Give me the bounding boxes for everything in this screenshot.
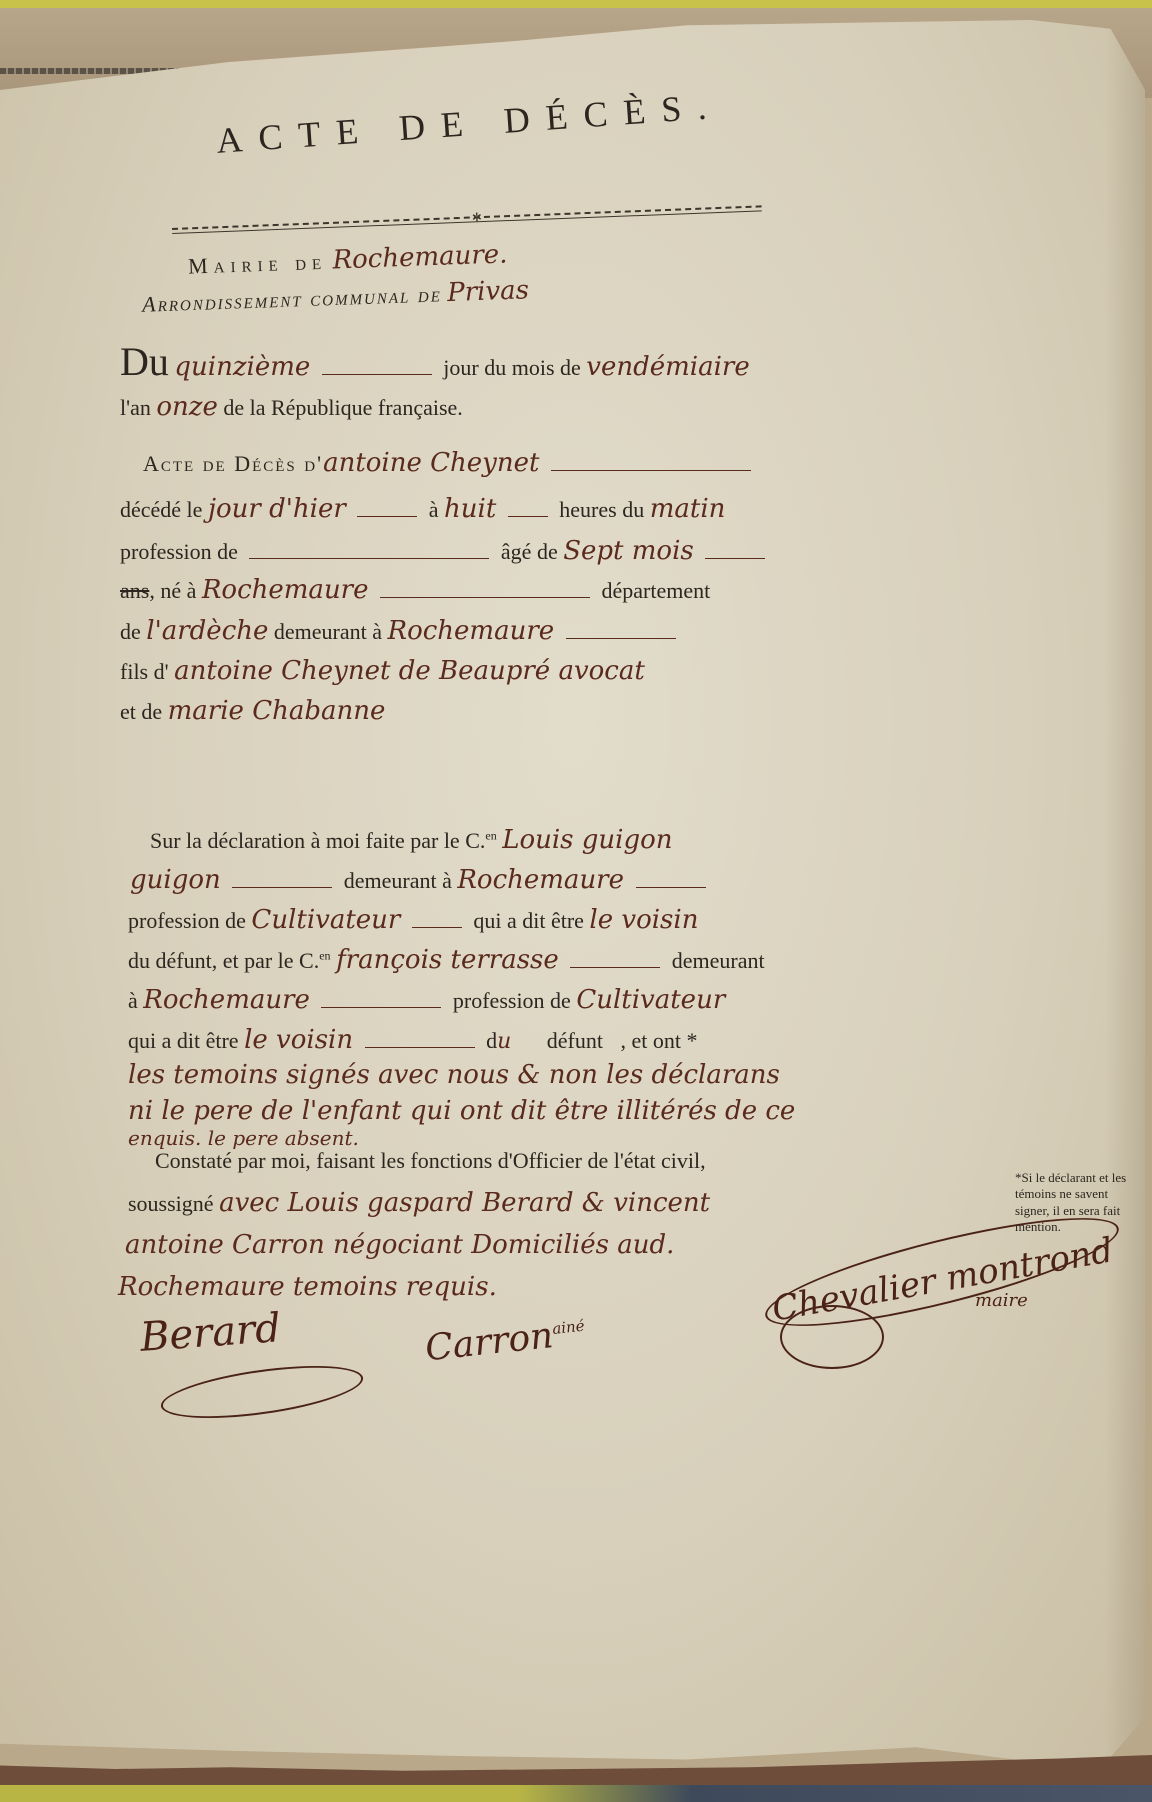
handwritten-note-line-1: les temoins signés avec nous & non les d… [128,1060,780,1090]
mother-label: et de [120,699,162,724]
blank-line [705,558,765,559]
death-time-line: décédé le jour d'hier à huit heures du m… [120,494,725,524]
birthplace-line: ans, né à Rochemaure département [120,575,710,605]
declarant2-residence: Rochemaure [143,985,310,1015]
deceased-name: antoine Cheynet [323,448,539,478]
relation-label: qui a dit être [473,908,584,933]
blank-line [636,887,706,888]
date-line-2: l'an onze de la République française. [120,392,463,422]
signature-flourish [158,1356,366,1428]
father-line: fils d' antoine Cheynet de Beaupré avoca… [120,656,645,686]
witnesses-line-2: antoine Carron négociant Domiciliés aud. [125,1230,674,1260]
signature-carron: Carronainé [423,1312,587,1370]
declarant1-name-line2: guigon [130,865,221,895]
deceased-label: Acte de Décès d' [143,451,323,476]
signature-berard: Berard [139,1305,283,1361]
declarant2-relation-label: qui a dit être [128,1028,239,1053]
background-surface-bottom [0,1785,1152,1802]
declarant2-residence-prefix: à [128,988,138,1013]
document-page: ACTE DE DÉCÈS. ✲ Mairie de Rochemaure. A… [0,20,1145,1770]
blank-line [365,1047,475,1048]
deceased-age: Sept mois [563,536,694,566]
blank-line [232,887,332,888]
handwritten-note-line-2: ni le pere de l'enfant qui ont dit être … [128,1096,795,1126]
blank-line [551,470,751,471]
handwritten-note-line-3: enquis. le pere absent. [128,1126,359,1150]
mayor-flourish-loop [780,1305,884,1369]
declarant2-relation: le voisin [244,1025,353,1055]
profession-label: profession de [120,539,238,564]
mairie-label: Mairie de [188,249,328,279]
arrondissement-line: Arrondissement communal de Privas [142,275,530,318]
declarant2-line: du défunt, et par le C.en françois terra… [128,945,765,975]
title-ornamental-rule: ✲ [172,205,762,234]
death-hour: huit [444,494,496,524]
republic-label: de la République française. [223,395,462,420]
defunt-label: du défunt, et par le C. [128,948,319,973]
month-label: jour du mois de [443,355,581,380]
department-residence-line: de l'ardèche demeurant à Rochemaure [120,616,682,646]
declarant1-profession-line: profession de Cultivateur qui a dit être… [128,905,698,935]
deceased-line: Acte de Décès d'antoine Cheynet [143,448,757,478]
age-label: âgé de [501,539,558,564]
declaration-intro: Sur la déclaration à moi faite par le C. [150,828,485,853]
blank-line [508,516,548,517]
profession-age-line: profession de âgé de Sept mois [120,536,771,566]
blank-line [321,1007,441,1008]
declarant1-residence-line: guigon demeurant à Rochemaure [130,865,712,895]
profession-blank [249,558,489,559]
signature-carron-name: Carron [423,1315,555,1369]
blank-line [380,597,590,598]
declaration-intro-line: Sur la déclaration à moi faite par le C.… [150,825,673,855]
certification-line: Constaté par moi, faisant les fonctions … [155,1148,706,1174]
blank-line [412,927,462,928]
mother-name: marie Chabanne [168,696,386,726]
died-label: décédé le [120,497,202,522]
document-title: ACTE DE DÉCÈS. [215,85,724,162]
du-label: d [486,1028,497,1053]
residence-label: demeurant à [344,868,452,893]
death-period: matin [650,494,726,524]
blank-line [322,374,432,375]
date-prefix: Du [120,339,169,384]
blank-line [570,967,660,968]
date-month: vendémiaire [586,352,749,382]
date-year: onze [156,392,217,422]
declarant1-name-line1: Louis guigon [502,825,672,855]
mairie-value: Rochemaure. [332,239,508,275]
ornament-icon: ✲ [472,210,483,225]
signed-line: soussigné avec Louis gaspard Berard & vi… [128,1188,710,1218]
hour-prefix: à [429,497,439,522]
arrondissement-label: Arrondissement communal de [142,281,442,316]
mother-line: et de marie Chabanne [120,696,385,726]
witnesses-line-1: avec Louis gaspard Berard & vincent [219,1188,710,1218]
date-line-1: Du quinzième jour du mois de vendémiaire [120,342,750,382]
ont-label: , et ont * [620,1028,697,1053]
residence-value: Rochemaure [388,616,555,646]
defunt-label-2: défunt [547,1028,603,1053]
residence-label: demeurant à [274,619,382,644]
declarant2-residence-label: demeurant [672,948,765,973]
date-day: quinzième [174,352,310,382]
witnesses-line-3: Rochemaure temoins requis. [118,1272,497,1302]
year-label: l'an [120,395,151,420]
signed-label: soussigné [128,1191,214,1216]
born-place: Rochemaure [202,575,369,605]
mairie-line: Mairie de Rochemaure. [188,239,508,280]
declarant1-relation: le voisin [589,905,698,935]
born-label: , né à [149,578,196,603]
profession-label: profession de [128,908,246,933]
signature-carron-suffix: ainé [551,1317,585,1338]
page-edge-shadow [1105,20,1145,1770]
arrondissement-value: Privas [447,275,530,308]
blank-line [357,516,417,517]
department-label: département [602,578,711,603]
declarant2-residence-line: à Rochemaure profession de Cultivateur [128,985,725,1015]
died-day: jour d'hier [208,494,346,524]
ans-struck: ans [120,578,149,603]
declarant2-name: françois terrasse [336,945,559,975]
father-name: antoine Cheynet de Beaupré avocat [174,656,645,686]
hour-label: heures du [559,497,644,522]
declarant2-relation-line: qui a dit être le voisin du défunt , et … [128,1025,697,1055]
du-hand: u [497,1029,511,1054]
son-label: fils d' [120,659,169,684]
citizen-sup: en [319,949,330,963]
department-prefix: de [120,619,141,644]
blank-line [566,638,676,639]
department-value: l'ardèche [146,616,268,646]
declarant1-profession: Cultivateur [251,905,400,935]
declarant2-profession-label: profession de [453,988,571,1013]
citizen-sup: en [485,829,496,843]
declarant1-residence: Rochemaure [457,865,624,895]
declarant2-profession: Cultivateur [576,985,725,1015]
